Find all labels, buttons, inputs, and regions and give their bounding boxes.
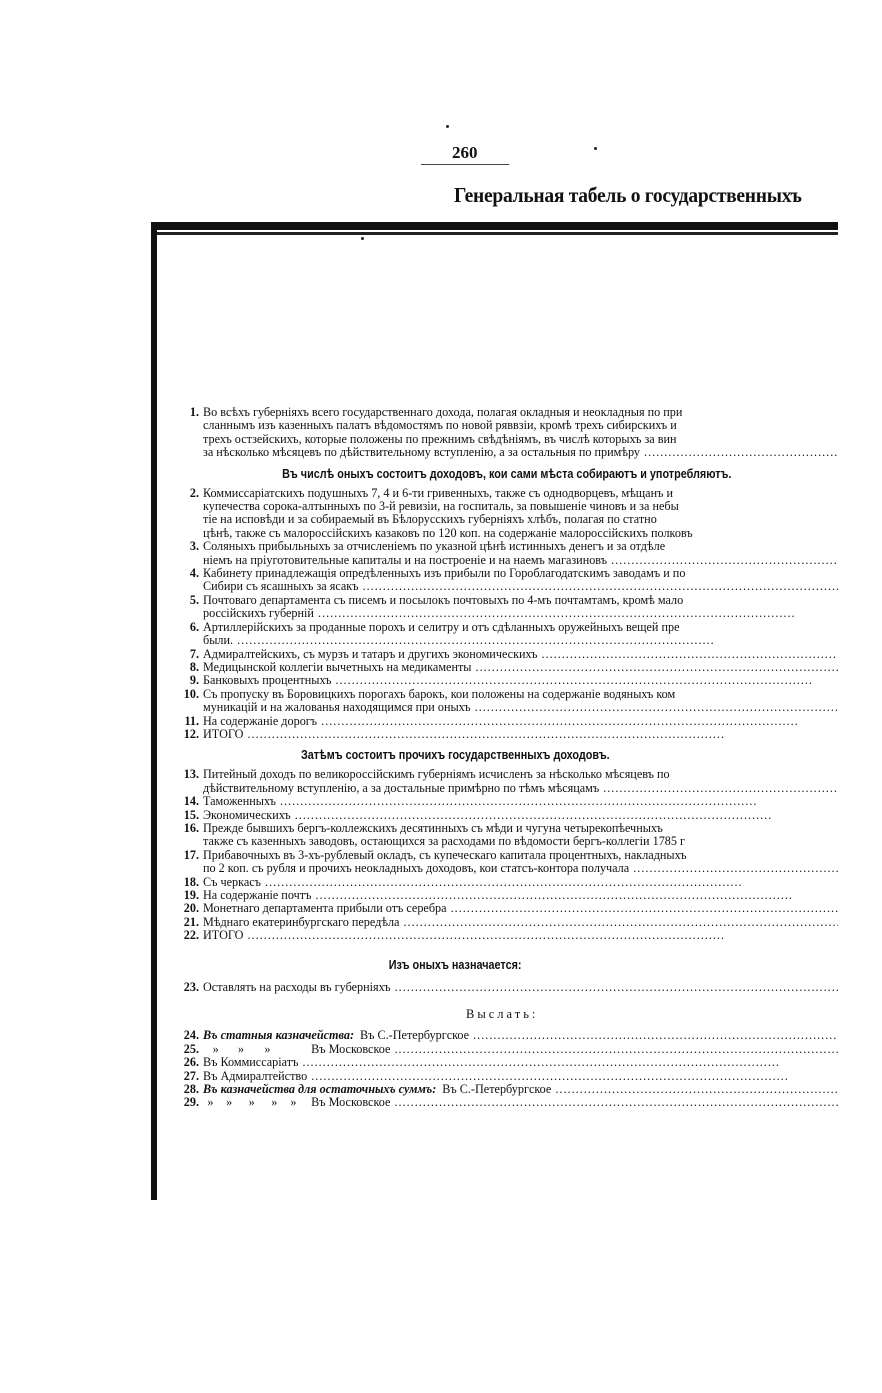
row-26: 26.Въ Коммиссаріатъ	[172, 1056, 838, 1069]
row-text: Прежде бывшихъ бергъ-коллежскихъ десятин…	[203, 822, 663, 835]
row-22-total: 22.ИТОГО	[172, 929, 838, 942]
row-number: 26.	[172, 1056, 203, 1069]
row-text: также съ казенныхъ заводовъ, остающихся …	[203, 835, 685, 848]
row-text: Въ Московское	[281, 1043, 838, 1056]
row-text: тіе на исповѣди и за собираемый въ Бѣлор…	[203, 513, 657, 526]
row-number: 4.	[172, 567, 203, 580]
row-number: 25.	[172, 1043, 203, 1056]
row-9: 9.Банковыхъ процентныхъ	[172, 674, 838, 687]
row-text: Экономическихъ	[203, 809, 772, 822]
row-text: цѣнѣ, также съ малороссійскихъ казаковъ …	[203, 527, 693, 540]
ditto-mark: »	[228, 1043, 253, 1056]
row-number: 16.	[172, 822, 203, 835]
row-number: 23.	[172, 981, 203, 994]
row-8: 8.Медицынской коллегіи вычетныхъ на меди…	[172, 661, 838, 674]
row-text: Адмиралтейскихъ, съ мурзъ и татаръ и дру…	[203, 648, 838, 661]
row-number: 13.	[172, 768, 203, 781]
row-10: 10.Съ пропуску въ Боровицкихъ порогахъ б…	[172, 688, 838, 715]
row-number: 19.	[172, 889, 203, 902]
row-text: Артиллерійскихъ за проданные порохъ и се…	[203, 621, 680, 634]
row-text: Въ С.-Петербургское	[354, 1029, 838, 1042]
ditto-mark: »	[203, 1043, 228, 1056]
row-5: 5.Почтоваго департамента съ писемъ и пос…	[172, 594, 838, 621]
row-20: 20.Монетнаго департамента прибыли отъ се…	[172, 902, 838, 915]
row-number: 9.	[172, 674, 203, 687]
row-text: Таможенныхъ	[203, 795, 757, 808]
row-text: Мѣднаго екатеринбургскаго передѣла	[203, 916, 838, 929]
row-text: сланнымъ изъ казенныхъ палатъ вѣдомостям…	[203, 419, 677, 432]
row-28: 28. Въ казначейства для остаточныхъ сумм…	[172, 1083, 838, 1096]
row-16: 16.Прежде бывшихъ бергъ-коллежскихъ деся…	[172, 822, 838, 849]
row-18: 18.Съ черкасъ	[172, 876, 838, 889]
row-23: 23.Оставлять на расходы въ губерніяхъ	[172, 981, 838, 994]
row-label-italic: Въ казначейства для остаточныхъ суммъ:	[203, 1083, 436, 1096]
row-19: 19.На содержаніе почтъ	[172, 889, 838, 902]
row-number: 11.	[172, 715, 203, 728]
row-24: 24. Въ статныя казначейства: Въ С.-Петер…	[172, 1029, 838, 1042]
row-7: 7.Адмиралтейскихъ, съ мурзъ и татаръ и д…	[172, 648, 838, 661]
row-17: 17.Прибавочныхъ въ 3-хъ-рублевый окладъ,…	[172, 849, 838, 876]
row-text: Въ Московское	[301, 1096, 838, 1109]
section-heading-local-revenues: Въ числѣ оныхъ состоитъ доходовъ, кои са…	[172, 460, 774, 487]
row-text: Коммиссаріатскихъ подушныхъ 7, 4 и 6-ти …	[203, 487, 673, 500]
row-2: 2.Коммиссаріатскихъ подушныхъ 7, 4 и 6-т…	[172, 487, 838, 541]
row-number: 7.	[172, 648, 203, 661]
row-27: 27.Въ Адмиралтейство	[172, 1070, 838, 1083]
row-number: 14.	[172, 795, 203, 808]
ditto-mark: »	[218, 1096, 241, 1109]
row-number: 28.	[172, 1083, 203, 1096]
row-number: 22.	[172, 929, 203, 942]
ditto-mark: »	[286, 1096, 302, 1109]
row-text: На содержаніе почтъ	[203, 889, 793, 902]
row-text: Монетнаго департамента прибыли отъ сереб…	[203, 902, 838, 915]
row-text: Кабинету принадлежащія опредѣленныхъ изъ…	[203, 567, 685, 580]
row-text: были.	[203, 634, 715, 647]
row-text: муникацій и на жалованья находящимся при…	[203, 701, 838, 714]
row-text: Съ пропуску въ Боровицкихъ порогахъ баро…	[203, 688, 675, 701]
row-text: Во всѣхъ губерніяхъ всего государственна…	[203, 406, 682, 419]
row-4: 4.Кабинету принадлежащія опредѣленныхъ и…	[172, 567, 838, 594]
row-text: Медицынской коллегіи вычетныхъ на медика…	[203, 661, 838, 674]
page-clip: Генеральная табель о государственныхъ 1.…	[0, 0, 838, 1393]
row-text: Сибири съ ясашныхъ за ясакъ	[203, 580, 838, 593]
row-12-total: 12.ИТОГО	[172, 728, 838, 741]
row-1: 1.Во всѣхъ губерніяхъ всего государствен…	[172, 406, 838, 460]
row-15: 15.Экономическихъ	[172, 809, 838, 822]
section-heading-other-revenues: Затѣмъ состоитъ прочихъ государственныхъ…	[172, 741, 774, 768]
row-number: 12.	[172, 728, 203, 741]
row-number: 29.	[172, 1096, 203, 1109]
row-13: 13.Питейный доходъ по великороссійскимъ …	[172, 768, 838, 795]
row-21: 21.Мѣднаго екатеринбургскаго передѣла	[172, 916, 838, 929]
row-25: 25. » » » Въ Московское	[172, 1043, 838, 1056]
row-text: по 2 коп. съ рубля и прочихъ неокладныхъ…	[203, 862, 838, 875]
row-number: 18.	[172, 876, 203, 889]
table-frame-top-border	[151, 222, 838, 232]
row-text: Съ черкасъ	[203, 876, 743, 889]
row-text: На содержаніе дорогъ	[203, 715, 799, 728]
row-29: 29. » » » » » Въ Московское	[172, 1096, 838, 1109]
row-number: 24.	[172, 1029, 203, 1042]
ditto-mark: »	[203, 1096, 218, 1109]
row-number: 2.	[172, 487, 203, 500]
row-number: 5.	[172, 594, 203, 607]
row-number: 21.	[172, 916, 203, 929]
row-text: трехъ остзейскихъ, которые положены по п…	[203, 433, 677, 446]
row-text: Питейный доходъ по великороссійскимъ губ…	[203, 768, 670, 781]
row-text: за нѣсколько мѣсяцевъ по дѣйствительному…	[203, 446, 838, 459]
row-text: Соляныхъ прибыльныхъ за отчисленіемъ по …	[203, 540, 665, 553]
row-text: Оставлять на расходы въ губерніяхъ	[203, 981, 838, 994]
row-number: 10.	[172, 688, 203, 701]
ditto-mark: »	[263, 1096, 286, 1109]
row-number: 3.	[172, 540, 203, 553]
row-6: 6.Артиллерійскихъ за проданные порохъ и …	[172, 621, 838, 648]
row-number: 15.	[172, 809, 203, 822]
section-heading-send: Выслать:	[172, 994, 838, 1029]
row-text: Банковыхъ процентныхъ	[203, 674, 813, 687]
row-3: 3.Соляныхъ прибыльныхъ за отчисленіемъ п…	[172, 540, 838, 567]
row-label-italic: Въ статныя казначейства:	[203, 1029, 354, 1042]
row-text: Въ С.-Петербургское	[436, 1083, 838, 1096]
row-number: 27.	[172, 1070, 203, 1083]
row-text: Прибавочныхъ въ 3-хъ-рублевый окладъ, съ…	[203, 849, 687, 862]
ditto-mark: »	[254, 1043, 282, 1056]
table-frame-left-border	[151, 222, 157, 1200]
table-title: Генеральная табель о государственныхъ	[454, 183, 802, 208]
row-14: 14.Таможенныхъ	[172, 795, 838, 808]
row-text: Почтоваго департамента съ писемъ и посыл…	[203, 594, 683, 607]
row-number: 6.	[172, 621, 203, 634]
row-number: 1.	[172, 406, 203, 419]
row-text: Въ Коммиссаріатъ	[203, 1056, 780, 1069]
row-text: дѣйствительному вступленію, а за досталь…	[203, 782, 838, 795]
row-text: ИТОГО	[203, 929, 725, 942]
row-number: 17.	[172, 849, 203, 862]
row-text: купечества сорока-алтынныхъ по 3-й ревиз…	[203, 500, 679, 513]
row-text: Въ Адмиралтейство	[203, 1070, 789, 1083]
row-number: 8.	[172, 661, 203, 674]
row-11: 11.На содержаніе дорогъ	[172, 715, 838, 728]
ditto-mark: »	[240, 1096, 263, 1109]
table-body: 1.Во всѣхъ губерніяхъ всего государствен…	[172, 406, 838, 1110]
row-number: 20.	[172, 902, 203, 915]
row-text: ИТОГО	[203, 728, 725, 741]
section-heading-allocation: Изъ оныхъ назначается:	[172, 943, 774, 981]
row-text: россійскихъ губерній	[203, 607, 796, 620]
row-text: ніемъ на пріуготовительные капиталы и на…	[203, 554, 838, 567]
